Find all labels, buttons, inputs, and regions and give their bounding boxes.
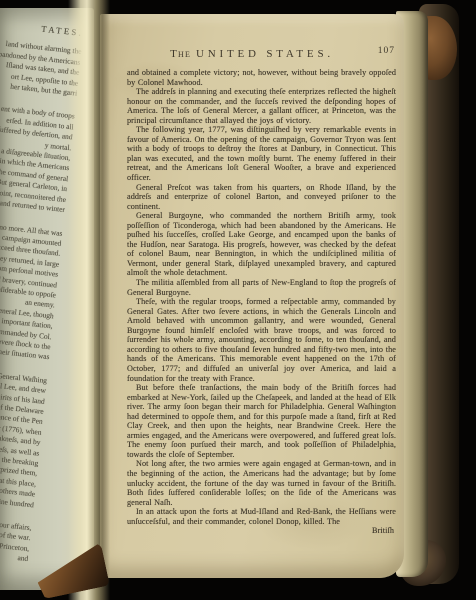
left-page-fragment-group: no more. All that wasthe campaign amount… xyxy=(0,217,63,363)
main-page: TheUNITED STATES. 107 and obtained a com… xyxy=(100,14,404,578)
body-text: and obtained a complete victory; not, ho… xyxy=(127,68,396,526)
running-title-the: The xyxy=(170,48,191,60)
paragraph: General Burgoyne, who commanded the nort… xyxy=(127,211,396,278)
left-page-text: TATES. land without alarming theabandone… xyxy=(0,17,84,578)
left-page-fragment-group: ent with a body of troopserſed. In addit… xyxy=(0,100,75,215)
paragraph: The addreſs in planning and executing th… xyxy=(127,87,396,125)
page-number: 107 xyxy=(378,46,395,56)
running-title: UNITED STATES. xyxy=(196,48,334,60)
paragraph: Not long after, the two armies were agai… xyxy=(127,459,396,507)
left-page-header-fragment: TATES. xyxy=(0,17,84,39)
catchword: Britiſh xyxy=(127,526,396,536)
paragraph: and obtained a complete victory; not, ho… xyxy=(127,68,396,87)
paragraph: But before theſe tranſactions, the main … xyxy=(127,383,396,459)
book-photo: { "colors":{ "background":"#050403", "pa… xyxy=(0,0,476,600)
left-page: TATES. land without alarming theabandone… xyxy=(0,8,94,590)
paragraph: General Preſcot was taken from his quart… xyxy=(127,183,396,212)
paragraph: The militia aſſembled from all parts of … xyxy=(127,278,396,297)
left-page-fragment-group: land without alarming theabandoned by th… xyxy=(0,36,82,99)
paragraph: In an attack upon the forts at Mud-Iſlan… xyxy=(127,507,396,526)
paragraph: Theſe, with the regular troops, formed a… xyxy=(127,297,396,383)
paragraph: The following year, 1777, was diſtinguiſ… xyxy=(127,125,396,182)
left-page-fragment-group: ley, General Waſhingeneral Lee, and drew… xyxy=(0,364,47,510)
page-header: TheUNITED STATES. 107 xyxy=(100,44,404,58)
left-page-fragment-group: turn to our affairs,hole courſe of the w… xyxy=(0,512,32,565)
